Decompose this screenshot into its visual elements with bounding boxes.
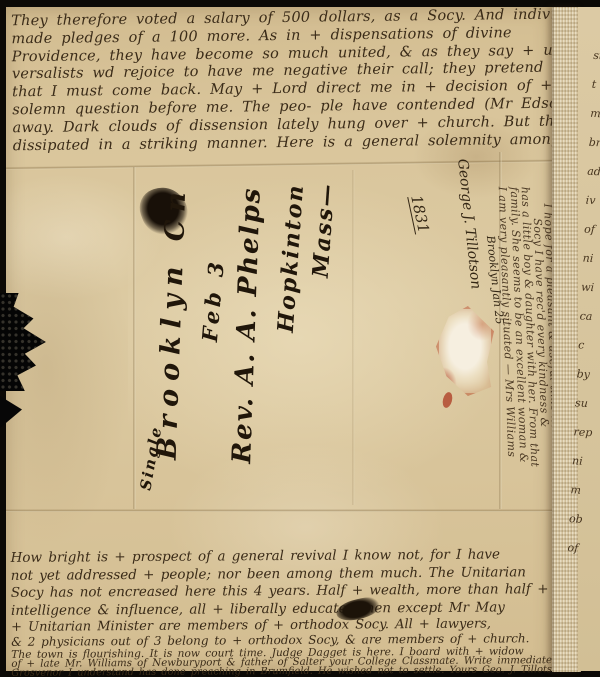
- text-fragment: ad: [586, 165, 600, 195]
- torn-hole: [0, 293, 62, 391]
- text-fragment: t: [591, 78, 600, 108]
- text-fragment: ob: [568, 512, 589, 542]
- text-fragment: rep: [572, 425, 593, 455]
- text-fragment: c: [577, 338, 598, 368]
- text-fragment: wi: [580, 281, 600, 311]
- text-fragment: br: [588, 136, 600, 166]
- text-fragment: of: [566, 541, 587, 571]
- text-fragment: of: [583, 223, 600, 253]
- text-fragment: st: [592, 49, 600, 79]
- text-fragment: ni: [582, 252, 600, 282]
- binding-seam: [552, 7, 581, 672]
- text-fragment: iv: [585, 194, 600, 224]
- text-fragment: by: [575, 367, 596, 397]
- handwritten-line: Grosvenor I understand has done preachin…: [11, 665, 555, 677]
- fold-crease-left: [133, 167, 136, 509]
- adjacent-page-edge: st t m br ad iv of ni wi ca c by su rep …: [578, 7, 600, 671]
- text-fragment: su: [574, 396, 595, 426]
- top-paragraph: They therefore voted a salary of 500 dol…: [11, 7, 553, 156]
- bottom-paragraph: How bright is + prospect of a general re…: [11, 546, 556, 677]
- text-fragment: m: [569, 483, 590, 513]
- fold-crease-bottom: [6, 509, 552, 512]
- fold-crease-middle: [352, 170, 355, 505]
- torn-notch: [0, 396, 22, 428]
- letter-page: They therefore voted a salary of 500 dol…: [6, 7, 552, 671]
- text-fragment: m: [589, 107, 600, 137]
- text-fragment: ca: [578, 309, 599, 339]
- text-fragment: ni: [571, 454, 592, 484]
- scan-background: They therefore voted a salary of 500 dol…: [0, 0, 600, 677]
